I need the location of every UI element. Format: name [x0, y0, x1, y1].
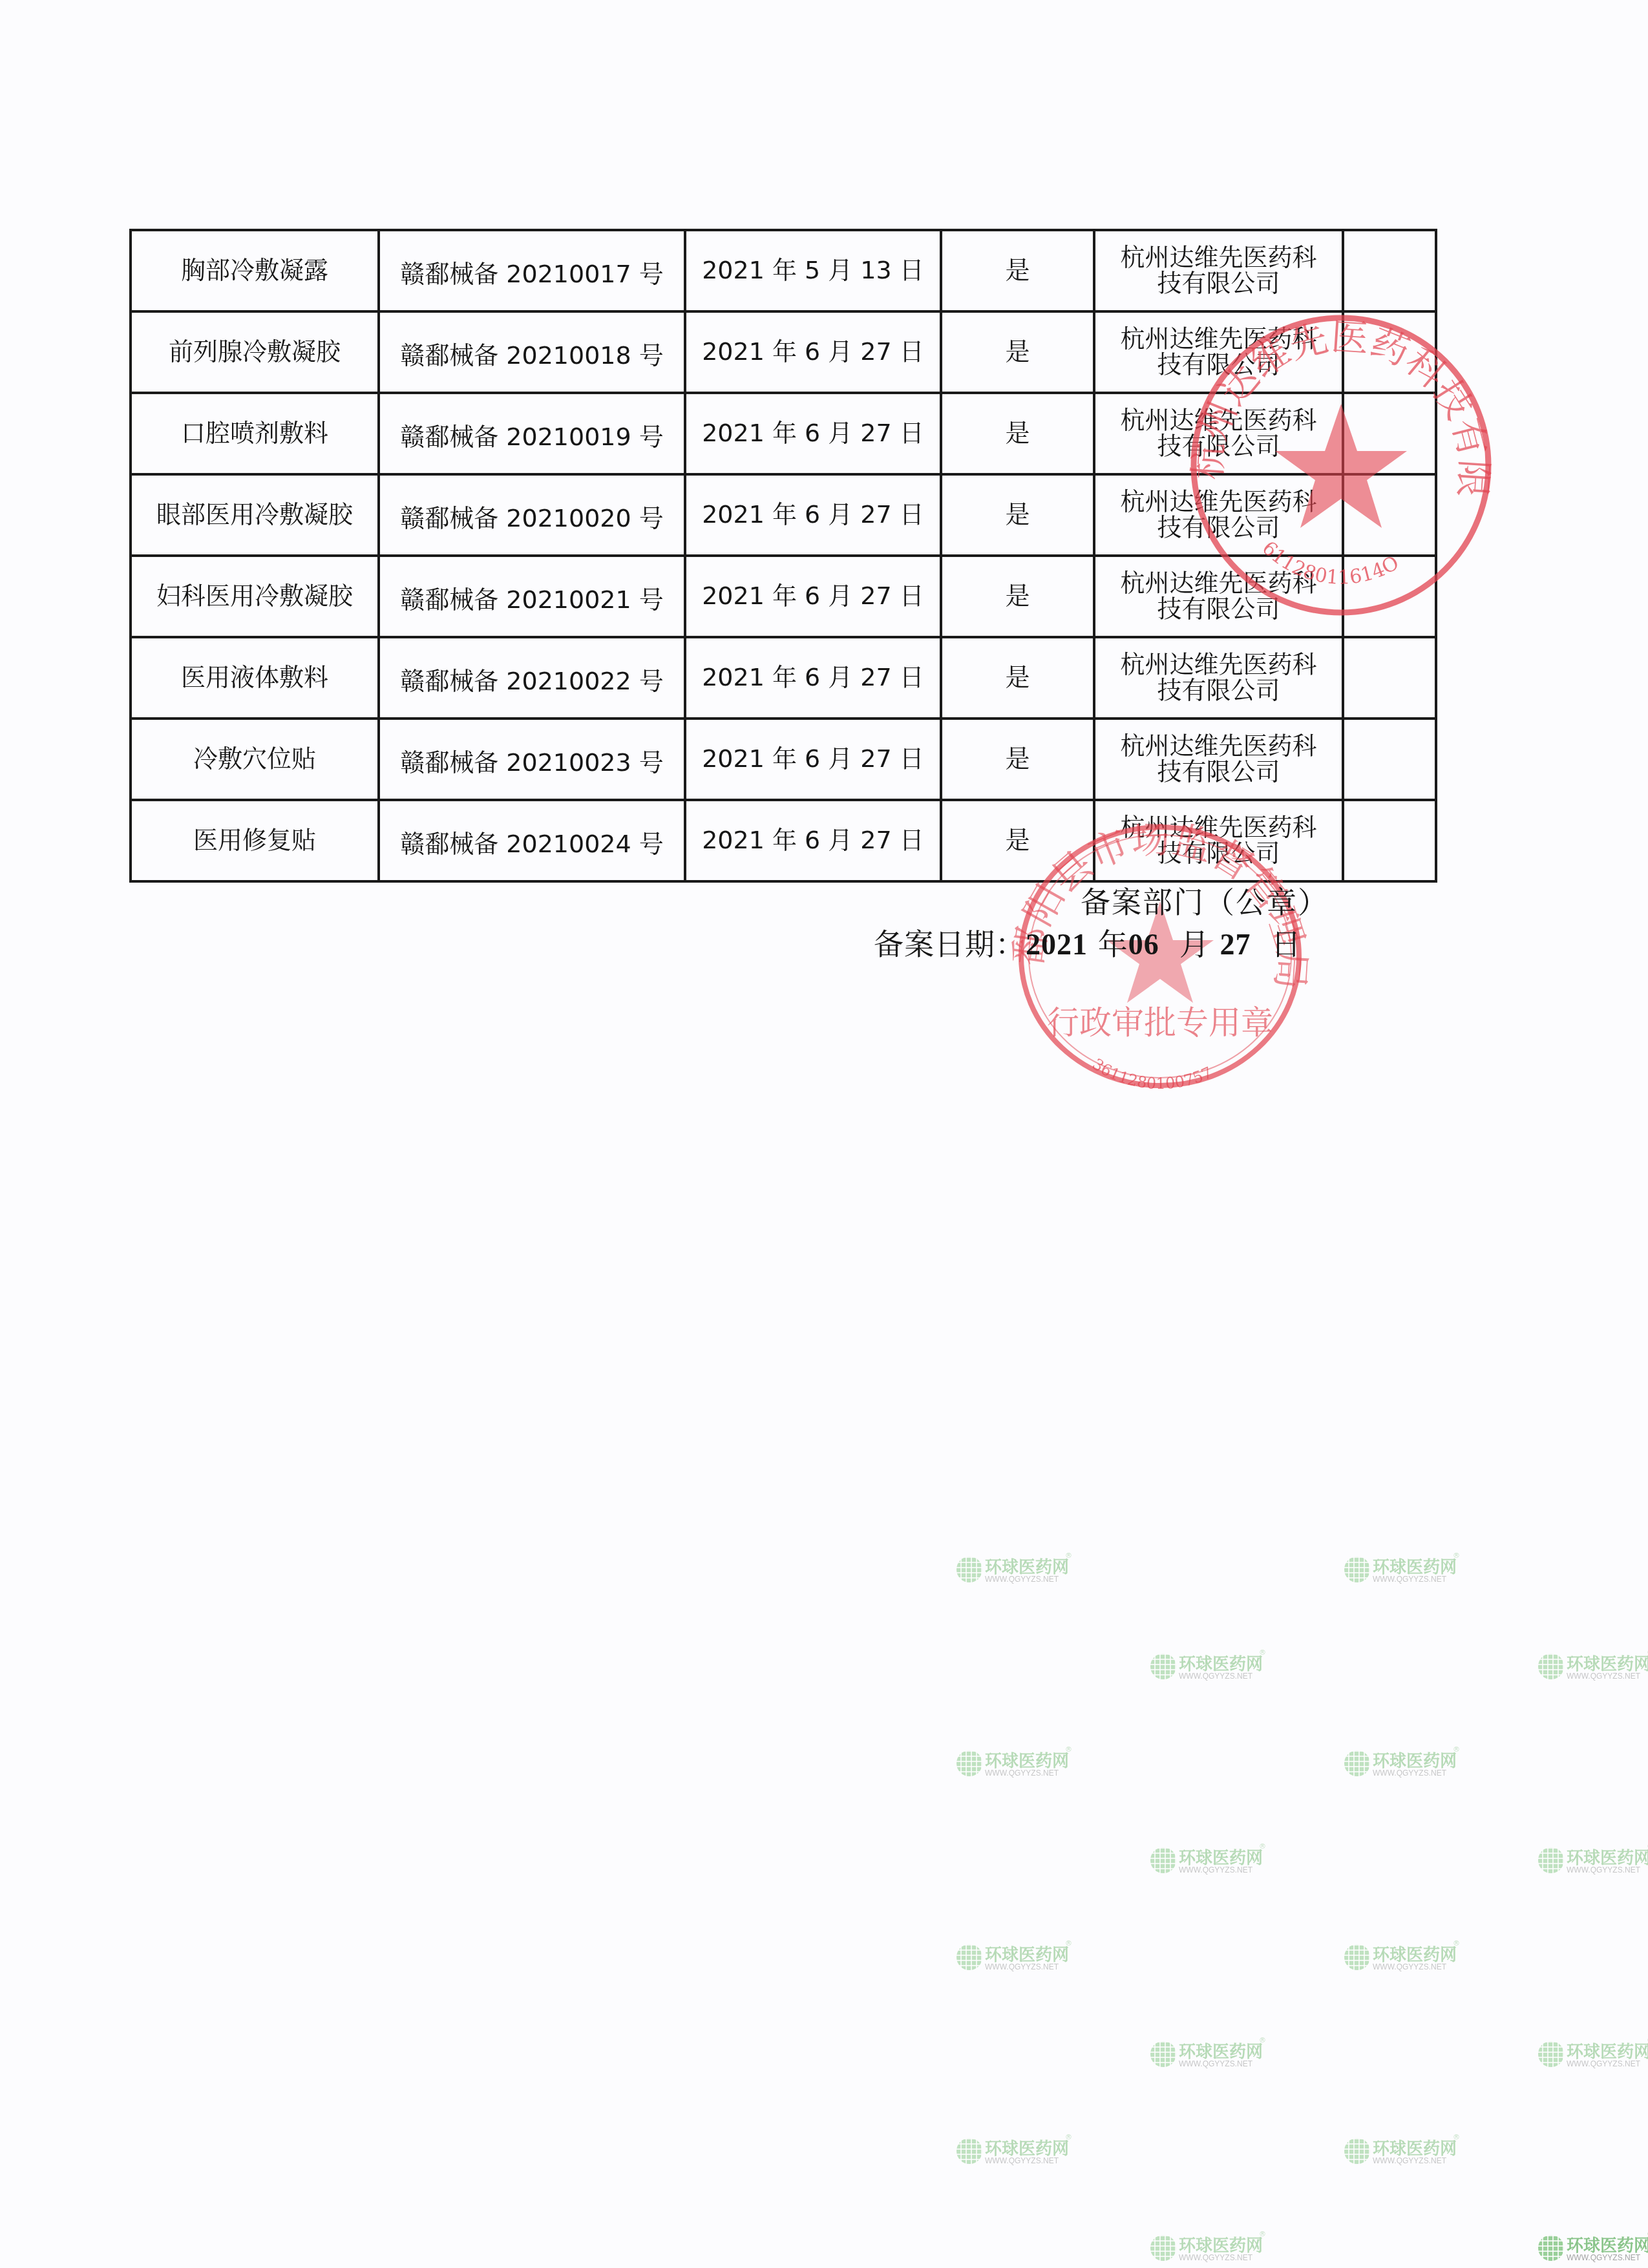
watermark-url: WWW.QGYYZS.NET: [1567, 2253, 1640, 2262]
company-name-line2: 技有限公司: [1095, 352, 1342, 379]
watermark-logo: 环球医药网®WWW.QGYYZS.NET: [1538, 1651, 1648, 1687]
watermark-url: WWW.QGYYZS.NET: [985, 2156, 1059, 2165]
company-name-line1: 杭州达维先医药科: [1095, 570, 1342, 597]
product-name-cell: 妇科医用冷敷凝胶: [131, 556, 379, 637]
filing-year: 2021: [1026, 928, 1088, 961]
document-page: 胸部冷敷凝露赣鄱械备 20210017 号2021 年 5 月 13 日是杭州达…: [0, 0, 1648, 2268]
record-number-cell: 赣鄱械备 20210024 号: [379, 800, 685, 881]
watermark-logo: 环球医药网®WWW.QGYYZS.NET: [1538, 2039, 1648, 2075]
registered-mark: ®: [1453, 1939, 1460, 1948]
watermark-url: WWW.QGYYZS.NET: [985, 1769, 1059, 1778]
day-unit: 日: [1271, 927, 1302, 961]
product-name-cell: 胸部冷敷凝露: [131, 230, 379, 311]
globe-icon: [1150, 1654, 1176, 1679]
record-number-cell: 赣鄱械备 20210017 号: [379, 230, 685, 311]
watermark-url: WWW.QGYYZS.NET: [1567, 2059, 1640, 2068]
watermark-url: WWW.QGYYZS.NET: [1179, 2253, 1252, 2262]
registered-mark: ®: [1259, 2230, 1266, 2238]
flag-cell: 是: [941, 719, 1094, 800]
month-unit: 月: [1179, 927, 1210, 961]
globe-icon: [1344, 1944, 1370, 1970]
watermark-logo: 环球医药网®WWW.QGYYZS.NET: [956, 1748, 1073, 1784]
flag-cell: 是: [941, 230, 1094, 311]
table-row: 医用液体敷料赣鄱械备 20210022 号2021 年 6 月 27 日是杭州达…: [131, 637, 1436, 719]
remarks-cell: [1343, 800, 1436, 881]
watermark-logo: 环球医药网®WWW.QGYYZS.NET: [956, 2136, 1073, 2172]
globe-icon: [1344, 1557, 1370, 1582]
watermark-logo: 环球医药网®WWW.QGYYZS.NET: [956, 1942, 1073, 1978]
globe-icon: [956, 2138, 982, 2164]
table-row: 妇科医用冷敷凝胶赣鄱械备 20210021 号2021 年 6 月 27 日是杭…: [131, 556, 1436, 637]
table-row: 胸部冷敷凝露赣鄱械备 20210017 号2021 年 5 月 13 日是杭州达…: [131, 230, 1436, 311]
svg-text:行政审批专用章: 行政审批专用章: [1047, 1004, 1273, 1042]
table-row: 医用修复贴赣鄱械备 20210024 号2021 年 6 月 27 日是杭州达维…: [131, 800, 1436, 881]
company-name-line1: 杭州达维先医药科: [1095, 651, 1342, 678]
record-number-cell: 赣鄱械备 20210023 号: [379, 719, 685, 800]
globe-icon: [956, 1750, 982, 1776]
globe-icon: [1538, 2041, 1564, 2067]
company-name-line1: 杭州达维先医药科: [1095, 244, 1342, 271]
record-number-cell: 赣鄱械备 20210018 号: [379, 311, 685, 393]
company-name-line2: 技有限公司: [1095, 433, 1342, 460]
watermark-url: WWW.QGYYZS.NET: [1373, 1575, 1446, 1584]
globe-icon: [1344, 2138, 1370, 2164]
company-name-line1: 杭州达维先医药科: [1095, 488, 1342, 516]
watermark-logo: 环球医药网®WWW.QGYYZS.NET: [956, 1554, 1073, 1590]
record-date-cell: 2021 年 6 月 27 日: [685, 637, 941, 719]
year-unit: 年: [1098, 927, 1128, 961]
globe-icon: [1538, 1654, 1564, 1679]
watermark-url: WWW.QGYYZS.NET: [1373, 2156, 1446, 2165]
registration-table: 胸部冷敷凝露赣鄱械备 20210017 号2021 年 5 月 13 日是杭州达…: [129, 229, 1437, 883]
remarks-cell: [1343, 311, 1436, 393]
company-cell: 杭州达维先医药科技有限公司: [1094, 393, 1343, 474]
watermark-logo: 环球医药网®WWW.QGYYZS.NET: [1150, 1651, 1267, 1687]
globe-icon: [1538, 1847, 1564, 1873]
product-name-cell: 眼部医用冷敷凝胶: [131, 474, 379, 556]
table-row: 口腔喷剂敷料赣鄱械备 20210019 号2021 年 6 月 27 日是杭州达…: [131, 393, 1436, 474]
record-date-cell: 2021 年 6 月 27 日: [685, 800, 941, 881]
flag-cell: 是: [941, 311, 1094, 393]
watermark-url: WWW.QGYYZS.NET: [985, 1962, 1059, 1971]
globe-icon: [1344, 1750, 1370, 1776]
watermark-url: WWW.QGYYZS.NET: [985, 1575, 1059, 1584]
company-cell: 杭州达维先医药科技有限公司: [1094, 230, 1343, 311]
watermark-logo: 环球医药网®WWW.QGYYZS.NET: [1344, 1942, 1461, 1978]
registered-mark: ®: [1259, 2036, 1266, 2044]
remarks-cell: [1343, 474, 1436, 556]
svg-text:3611280100757: 3611280100757: [1089, 1055, 1215, 1093]
watermark-url: WWW.QGYYZS.NET: [1567, 1672, 1640, 1681]
watermark-url: WWW.QGYYZS.NET: [1179, 2059, 1252, 2068]
filing-department-label: 备案部门（公章）: [1081, 879, 1329, 921]
registered-mark: ®: [1065, 2133, 1072, 2141]
company-name-line2: 技有限公司: [1095, 596, 1342, 623]
globe-icon: [956, 1557, 982, 1582]
record-date-cell: 2021 年 6 月 27 日: [685, 474, 941, 556]
company-name-line1: 杭州达维先医药科: [1095, 407, 1342, 434]
company-name-line2: 技有限公司: [1095, 514, 1342, 541]
product-name-cell: 医用修复贴: [131, 800, 379, 881]
filing-month: 06: [1128, 928, 1159, 961]
globe-icon: [1150, 2235, 1176, 2261]
record-date-cell: 2021 年 5 月 13 日: [685, 230, 941, 311]
record-number-cell: 赣鄱械备 20210022 号: [379, 637, 685, 719]
globe-icon: [1150, 1847, 1176, 1873]
remarks-cell: [1343, 393, 1436, 474]
company-name-line2: 技有限公司: [1095, 270, 1342, 297]
flag-cell: 是: [941, 556, 1094, 637]
registered-mark: ®: [1065, 1551, 1072, 1560]
record-date-cell: 2021 年 6 月 27 日: [685, 393, 941, 474]
record-date-cell: 2021 年 6 月 27 日: [685, 556, 941, 637]
watermark-url: WWW.QGYYZS.NET: [1373, 1962, 1446, 1971]
registered-mark: ®: [1065, 1745, 1072, 1754]
watermark-logo: 环球医药网®WWW.QGYYZS.NET: [1150, 2232, 1267, 2268]
company-name-line1: 杭州达维先医药科: [1095, 733, 1342, 760]
filing-date: 备案日期：2021 年06 月 27 日: [874, 921, 1302, 963]
record-number-cell: 赣鄱械备 20210020 号: [379, 474, 685, 556]
flag-cell: 是: [941, 800, 1094, 881]
filing-day: 27: [1220, 928, 1251, 961]
registered-mark: ®: [1453, 1551, 1460, 1560]
company-cell: 杭州达维先医药科技有限公司: [1094, 800, 1343, 881]
record-number-cell: 赣鄱械备 20210019 号: [379, 393, 685, 474]
watermark-url: WWW.QGYYZS.NET: [1373, 1769, 1446, 1778]
company-name-line1: 杭州达维先医药科: [1095, 326, 1342, 353]
watermark-logo: 环球医药网®WWW.QGYYZS.NET: [1150, 2039, 1267, 2075]
watermark-logo: 环球医药网®WWW.QGYYZS.NET: [1538, 2232, 1648, 2268]
product-name-cell: 医用液体敷料: [131, 637, 379, 719]
flag-cell: 是: [941, 637, 1094, 719]
product-name-cell: 前列腺冷敷凝胶: [131, 311, 379, 393]
remarks-cell: [1343, 719, 1436, 800]
watermark-url: WWW.QGYYZS.NET: [1179, 1865, 1252, 1874]
globe-icon: [956, 1944, 982, 1970]
company-name-line2: 技有限公司: [1095, 840, 1342, 867]
registered-mark: ®: [1065, 1939, 1072, 1948]
watermark-url: WWW.QGYYZS.NET: [1179, 1672, 1252, 1681]
record-date-cell: 2021 年 6 月 27 日: [685, 719, 941, 800]
registered-mark: ®: [1453, 2133, 1460, 2141]
company-cell: 杭州达维先医药科技有限公司: [1094, 311, 1343, 393]
remarks-cell: [1343, 637, 1436, 719]
flag-cell: 是: [941, 393, 1094, 474]
watermark-logo: 环球医药网®WWW.QGYYZS.NET: [1344, 1554, 1461, 1590]
flag-cell: 是: [941, 474, 1094, 556]
registered-mark: ®: [1453, 1745, 1460, 1754]
globe-icon: [1150, 2041, 1176, 2067]
registered-mark: ®: [1259, 1648, 1266, 1657]
filing-date-label: 备案日期：: [874, 927, 1026, 961]
company-cell: 杭州达维先医药科技有限公司: [1094, 556, 1343, 637]
globe-icon: [1538, 2235, 1564, 2261]
company-name-line1: 杭州达维先医药科: [1095, 814, 1342, 841]
company-cell: 杭州达维先医药科技有限公司: [1094, 474, 1343, 556]
watermark-logo: 环球医药网®WWW.QGYYZS.NET: [1150, 1845, 1267, 1881]
table-row: 冷敷穴位贴赣鄱械备 20210023 号2021 年 6 月 27 日是杭州达维…: [131, 719, 1436, 800]
watermark-logo: 环球医药网®WWW.QGYYZS.NET: [1344, 2136, 1461, 2172]
company-cell: 杭州达维先医药科技有限公司: [1094, 637, 1343, 719]
record-number-cell: 赣鄱械备 20210021 号: [379, 556, 685, 637]
product-name-cell: 口腔喷剂敷料: [131, 393, 379, 474]
registered-mark: ®: [1259, 1842, 1266, 1851]
remarks-cell: [1343, 230, 1436, 311]
company-name-line2: 技有限公司: [1095, 759, 1342, 786]
watermark-logo: 环球医药网®WWW.QGYYZS.NET: [1344, 1748, 1461, 1784]
watermark-logo: 环球医药网®WWW.QGYYZS.NET: [1538, 1845, 1648, 1881]
company-name-line2: 技有限公司: [1095, 677, 1342, 704]
product-name-cell: 冷敷穴位贴: [131, 719, 379, 800]
remarks-cell: [1343, 556, 1436, 637]
company-cell: 杭州达维先医药科技有限公司: [1094, 719, 1343, 800]
record-date-cell: 2021 年 6 月 27 日: [685, 311, 941, 393]
table-row: 前列腺冷敷凝胶赣鄱械备 20210018 号2021 年 6 月 27 日是杭州…: [131, 311, 1436, 393]
table-row: 眼部医用冷敷凝胶赣鄱械备 20210020 号2021 年 6 月 27 日是杭…: [131, 474, 1436, 556]
watermark-url: WWW.QGYYZS.NET: [1567, 1865, 1640, 1874]
